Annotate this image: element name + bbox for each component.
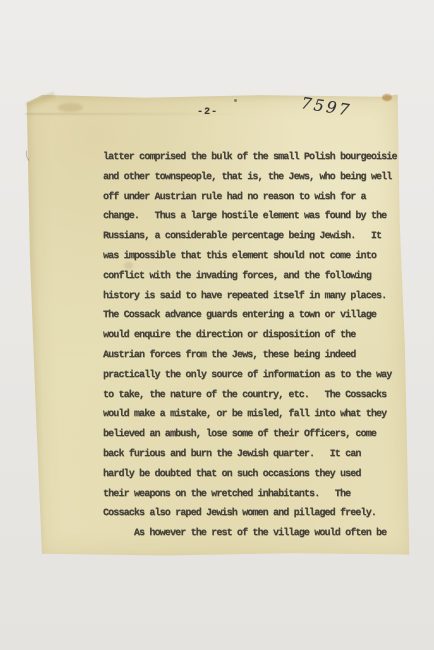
ink-speck	[234, 99, 237, 102]
text-line: As however the rest of the village would…	[103, 524, 415, 544]
text-line: Cossacks also raped Jewish women and pil…	[103, 504, 415, 524]
text-line: latter comprised the bulk of the small P…	[103, 148, 415, 168]
scan-background: -2- 7597 latter comprised the bulk of th…	[0, 0, 434, 650]
text-line: Austrian forces from the Jews, these bei…	[103, 346, 415, 366]
text-line: practically the only source of informati…	[103, 366, 415, 386]
text-line: would enquire the direction or dispositi…	[103, 326, 415, 346]
text-line: their weapons on the wretched inhabitant…	[103, 485, 415, 505]
smudge-stain	[58, 103, 83, 112]
text-line: Russians, a considerable percentage bein…	[103, 227, 415, 247]
text-line: to take, the nature of the country, etc.…	[103, 386, 415, 406]
paper-wrap: -2- 7597 latter comprised the bulk of th…	[25, 94, 398, 556]
text-line: The Cossack advance guards entering a to…	[103, 306, 415, 326]
text-line: history is said to have repeated itself …	[103, 287, 415, 307]
text-line: hardly be doubted that on such occasions…	[103, 465, 415, 485]
text-line: was impossible that this element should …	[103, 247, 415, 267]
text-line: and other townspeople, that is, the Jews…	[103, 168, 415, 188]
text-line: back furious and burn the Jewish quarter…	[103, 445, 415, 465]
text-line: change. Thus a large hostile element was…	[103, 207, 415, 227]
text-line: off under Austrian rule had no reason to…	[103, 188, 415, 208]
rust-stain	[382, 94, 392, 101]
text-line: conflict with the invading forces, and t…	[103, 267, 415, 287]
page-number: -2-	[197, 107, 218, 118]
text-line: believed an ambush, lose some of their O…	[103, 425, 415, 445]
text-line: would make a mistake, or be misled, fall…	[103, 405, 415, 425]
typewritten-text: latter comprised the bulk of the small P…	[103, 148, 415, 544]
